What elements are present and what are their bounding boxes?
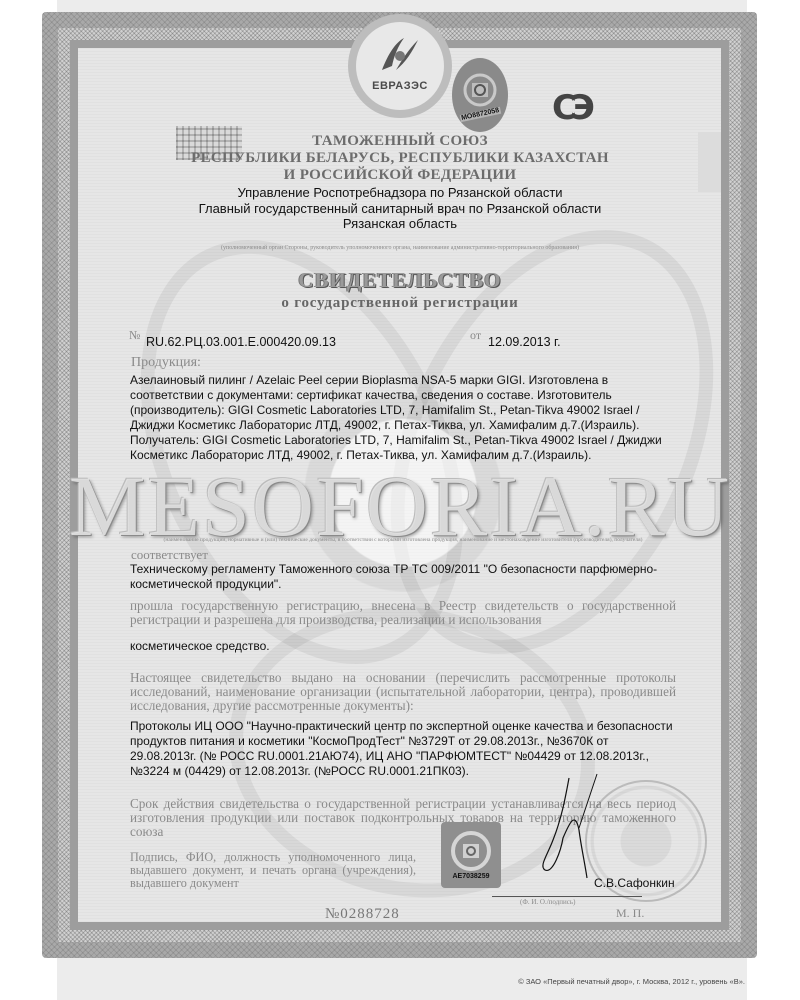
signature-caption: (Ф. И. О./подпись) (520, 898, 575, 906)
authority-line-3: Рязанская область (0, 216, 800, 231)
number-label: № (129, 328, 140, 343)
eac-seal: MO8872058 (452, 58, 508, 132)
product-type: косметическое средство. (130, 639, 270, 653)
basis-label: Настоящее свидетельство выдано на основа… (130, 671, 676, 713)
conformity-text: Техническому регламенту Таможенного союз… (130, 562, 676, 592)
registered-label: прошла государственную регистрацию, внес… (130, 599, 676, 627)
signature-line (492, 896, 642, 897)
sticker-emblem-icon (451, 831, 491, 871)
conformity-label: соответствует (131, 547, 208, 563)
registration-date: 12.09.2013 г. (488, 335, 561, 349)
document-subtitle: о государственной регистрации (0, 295, 800, 312)
emblem-label: ЕВРАЗЭС (372, 80, 428, 92)
sticker-code: АЕ7038259 (453, 873, 490, 880)
conformity-mark-icon: СЭ (552, 88, 588, 128)
conformity-mark: СЭ (552, 88, 588, 128)
registration-number: RU.62.РЦ.03.001.Е.000420.09.13 (146, 335, 336, 349)
authority-line-2: Главный государственный санитарный врач … (0, 201, 800, 216)
eac-seal-icon (463, 73, 497, 107)
union-line-1: ТАМОЖЕННЫЙ СОЮЗ (0, 133, 800, 150)
printer-credit: © ЗАО «Первый печатный двор», г. Москва,… (440, 977, 745, 986)
hologram-sticker: АЕ7038259 (441, 822, 501, 888)
union-line-3: И РОССИЙСКОЙ ФЕДЕРАЦИИ (0, 167, 800, 184)
union-line-2: РЕСПУБЛИКИ БЕЛАРУСЬ, РЕСПУБЛИКИ КАЗАХСТА… (0, 150, 800, 167)
signature-label: Подпись, ФИО, должность уполномоченного … (130, 851, 416, 890)
product-caption: (наименование продукции, нормативные и (… (130, 537, 676, 543)
signature-icon (535, 770, 645, 880)
date-label: от (470, 328, 481, 343)
seal-code: MO8872058 (459, 106, 500, 121)
authority-caption: (уполномоченный орган Стороны, руководит… (0, 245, 800, 251)
signer-name: С.В.Сафонкин (594, 876, 675, 890)
authority-line-1: Управление Роспотребнадзора по Рязанской… (0, 185, 800, 200)
product-label: Продукция: (131, 355, 201, 371)
form-number: №0288728 (325, 906, 400, 923)
product-description: Азелаиновый пилинг / Azelaic Peel серии … (130, 373, 676, 463)
document-title: СВИДЕТЕЛЬСТВО (0, 268, 800, 293)
eurasec-emblem: ЕВРАЗЭС (348, 14, 452, 118)
stamp-place-label: М. П. (616, 906, 644, 921)
eurasec-logo-icon (378, 34, 422, 74)
